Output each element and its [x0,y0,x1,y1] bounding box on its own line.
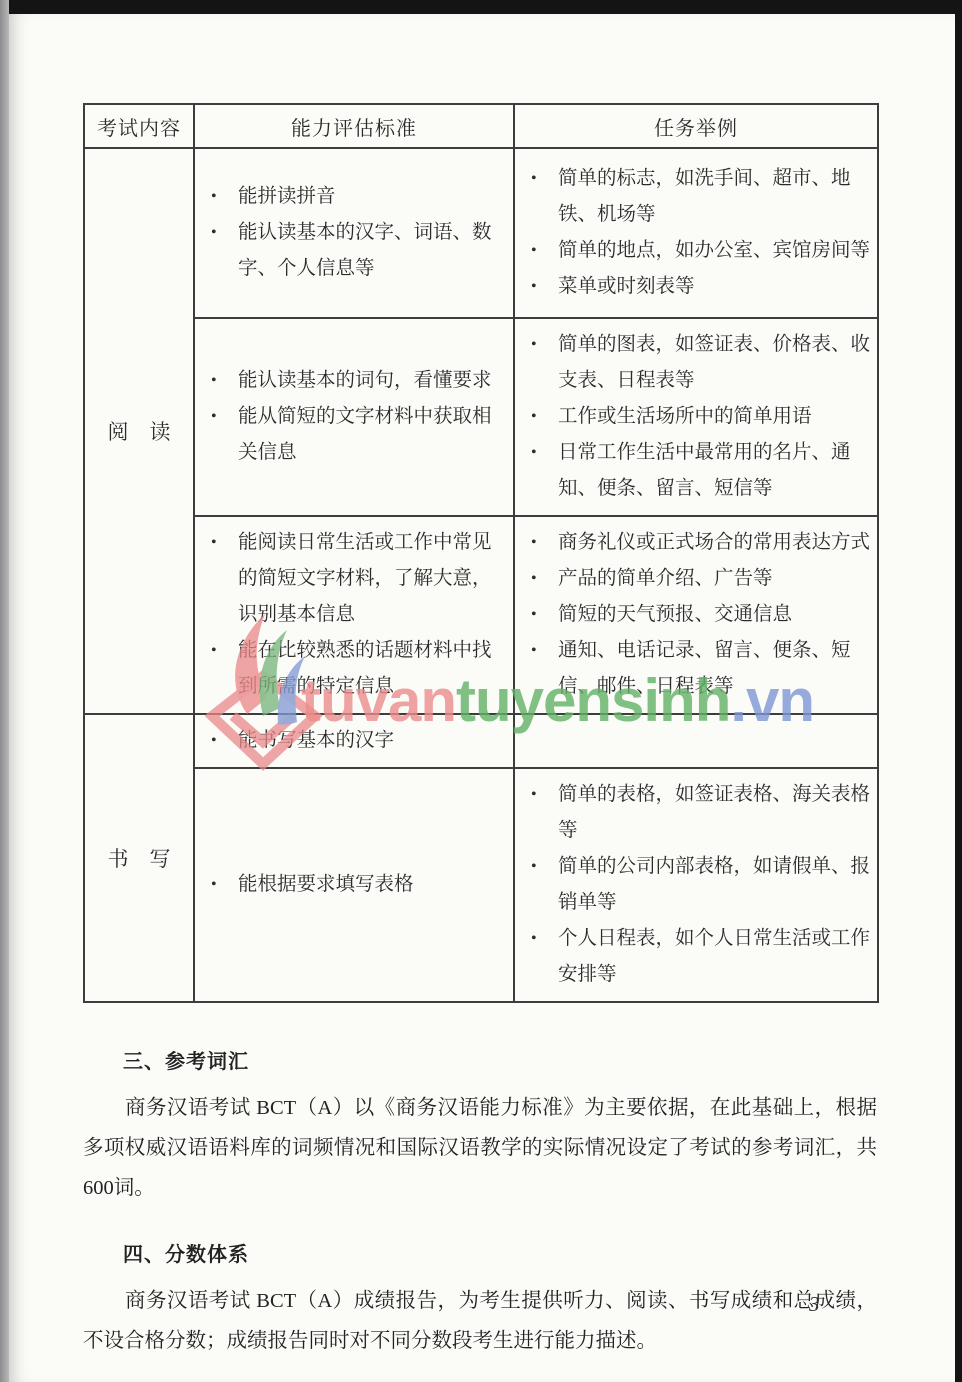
bullet-icon: • [207,179,238,215]
section-label-reading: 阅 读 [84,148,194,714]
bullet-icon: • [527,921,558,993]
bullet-item: •能认读基本的汉字、词语、数字、个人信息等 [207,215,507,287]
bullet-text: 日常工作生活中最常用的名片、通知、便条、留言、短信等 [558,435,871,507]
standards-cell: •能认读基本的词句，看懂要求•能从简短的文字材料中获取相关信息 [194,318,514,516]
bullet-icon: • [207,723,238,759]
scan-edge-top [0,0,962,14]
bullet-icon: • [207,633,238,705]
bullet-icon: • [527,327,558,399]
bullet-item: •菜单或时刻表等 [527,269,871,305]
bullet-text: 能认读基本的词句，看懂要求 [238,363,507,399]
bullet-icon: • [527,161,558,233]
bullet-item: •简单的表格，如签证表格、海关表格等 [527,777,871,849]
page-number: 3 [809,1292,820,1317]
bullet-item: •能根据要求填写表格 [207,867,507,903]
bullet-text: 简单的公司内部表格，如请假单、报销单等 [558,849,871,921]
table-row: •能根据要求填写表格 •简单的表格，如签证表格、海关表格等•简单的公司内部表格，… [84,768,878,1002]
bullet-icon: • [527,399,558,435]
section-heading-score-system: 四、分数体系 [123,1238,879,1267]
bullet-item: •简单的图表，如签证表、价格表、收支表、日程表等 [527,327,871,399]
bullet-icon: • [207,867,238,903]
bullet-icon: • [207,525,238,633]
bullet-item: •简单的标志，如洗手间、超市、地铁、机场等 [527,161,871,233]
bullet-text: 简短的天气预报、交通信息 [558,597,871,633]
col-header-task-examples: 任务举例 [514,104,878,148]
scan-edge-right [955,0,962,1382]
exam-content-table: 考试内容 能力评估标准 任务举例 阅 读 •能拼读拼音•能认读基本的汉字、词语、… [83,103,879,1003]
bullet-item: •能阅读日常生活或工作中常见的简短文字材料，了解大意，识别基本信息 [207,525,507,633]
bullet-item: •简短的天气预报、交通信息 [527,597,871,633]
bullet-item: •简单的地点，如办公室、宾馆房间等 [527,233,871,269]
bullet-icon: • [207,363,238,399]
bullet-icon: • [207,399,238,471]
bullet-icon: • [527,777,558,849]
tasks-cell: •简单的表格，如签证表格、海关表格等•简单的公司内部表格，如请假单、报销单等•个… [514,768,878,1002]
col-header-exam-content: 考试内容 [84,104,194,148]
bullet-icon: • [527,849,558,921]
bullet-text: 能根据要求填写表格 [238,867,507,903]
bullet-text: 能阅读日常生活或工作中常见的简短文字材料，了解大意，识别基本信息 [238,525,507,633]
section-heading-reference-vocabulary: 三、参考词汇 [123,1045,879,1074]
bullet-icon: • [527,435,558,507]
bullet-item: •简单的公司内部表格，如请假单、报销单等 [527,849,871,921]
bullet-text: 能认读基本的汉字、词语、数字、个人信息等 [238,215,507,287]
tasks-cell: •简单的标志，如洗手间、超市、地铁、机场等•简单的地点，如办公室、宾馆房间等•菜… [514,148,878,318]
bullet-text: 简单的地点，如办公室、宾馆房间等 [558,233,871,269]
bullet-text: 通知、电话记录、留言、便条、短信、邮件、日程表等 [558,633,871,705]
bullet-text: 个人日程表，如个人日常生活或工作安排等 [558,921,871,993]
tasks-cell: •简单的图表，如签证表、价格表、收支表、日程表等•工作或生活场所中的简单用语•日… [514,318,878,516]
table-row: •能阅读日常生活或工作中常见的简短文字材料，了解大意，识别基本信息•能在比较熟悉… [84,516,878,714]
standards-cell: •能阅读日常生活或工作中常见的简短文字材料，了解大意，识别基本信息•能在比较熟悉… [194,516,514,714]
standards-cell: •能根据要求填写表格 [194,768,514,1002]
bullet-icon: • [527,233,558,269]
bullet-item: •产品的简单介绍、广告等 [527,561,871,597]
bullet-text: 产品的简单介绍、广告等 [558,561,871,597]
bullet-item: •工作或生活场所中的简单用语 [527,399,871,435]
bullet-text: 商务礼仪或正式场合的常用表达方式 [558,525,871,561]
bullet-text: 简单的标志，如洗手间、超市、地铁、机场等 [558,161,871,233]
bullet-text: 能从简短的文字材料中获取相关信息 [238,399,507,471]
bullet-item: •能在比较熟悉的话题材料中找到所需的特定信息 [207,633,507,705]
table-header-row: 考试内容 能力评估标准 任务举例 [84,104,878,148]
tasks-cell: •商务礼仪或正式场合的常用表达方式•产品的简单介绍、广告等•简短的天气预报、交通… [514,516,878,714]
table-row: •能认读基本的词句，看懂要求•能从简短的文字材料中获取相关信息 •简单的图表，如… [84,318,878,516]
table-row: 阅 读 •能拼读拼音•能认读基本的汉字、词语、数字、个人信息等 •简单的标志，如… [84,148,878,318]
paper-page: 考试内容 能力评估标准 任务举例 阅 读 •能拼读拼音•能认读基本的汉字、词语、… [9,14,955,1382]
bullet-item: •通知、电话记录、留言、便条、短信、邮件、日程表等 [527,633,871,705]
bullet-icon: • [207,215,238,287]
bullet-icon: • [527,525,558,561]
bullet-icon: • [527,633,558,705]
scanned-document-page: 考试内容 能力评估标准 任务举例 阅 读 •能拼读拼音•能认读基本的汉字、词语、… [0,0,962,1382]
page-content: 考试内容 能力评估标准 任务举例 阅 读 •能拼读拼音•能认读基本的汉字、词语、… [83,103,879,1382]
scan-edge-left [0,0,9,1382]
bullet-item: •能拼读拼音 [207,179,507,215]
bullet-item: •商务礼仪或正式场合的常用表达方式 [527,525,871,561]
col-header-ability-standards: 能力评估标准 [194,104,514,148]
bullet-item: •个人日程表，如个人日常生活或工作安排等 [527,921,871,993]
bullet-item: •日常工作生活中最常用的名片、通知、便条、留言、短信等 [527,435,871,507]
bullet-icon: • [527,597,558,633]
bullet-item: •能认读基本的词句，看懂要求 [207,363,507,399]
bullet-icon: • [527,269,558,305]
bullet-text: 简单的表格，如签证表格、海关表格等 [558,777,871,849]
section-label-writing: 书 写 [84,714,194,1002]
bullet-item: •能书写基本的汉字 [207,723,507,759]
section-paragraph-reference-vocabulary: 商务汉语考试 BCT（A）以《商务汉语能力标准》为主要依据，在此基础上，根据多项… [83,1088,877,1208]
bullet-text: 能书写基本的汉字 [238,723,507,759]
bullet-text: 能在比较熟悉的话题材料中找到所需的特定信息 [238,633,507,705]
bullet-text: 能拼读拼音 [238,179,507,215]
tasks-cell-empty [514,714,878,768]
table-row: 书 写 •能书写基本的汉字 [84,714,878,768]
bullet-item: •能从简短的文字材料中获取相关信息 [207,399,507,471]
bullet-text: 菜单或时刻表等 [558,269,871,305]
bullet-icon: • [527,561,558,597]
standards-cell: •能书写基本的汉字 [194,714,514,768]
bullet-text: 工作或生活场所中的简单用语 [558,399,871,435]
standards-cell: •能拼读拼音•能认读基本的汉字、词语、数字、个人信息等 [194,148,514,318]
bullet-text: 简单的图表，如签证表、价格表、收支表、日程表等 [558,327,871,399]
section-paragraph-score-system: 商务汉语考试 BCT（A）成绩报告，为考生提供听力、阅读、书写成绩和总成绩，不设… [83,1281,877,1361]
